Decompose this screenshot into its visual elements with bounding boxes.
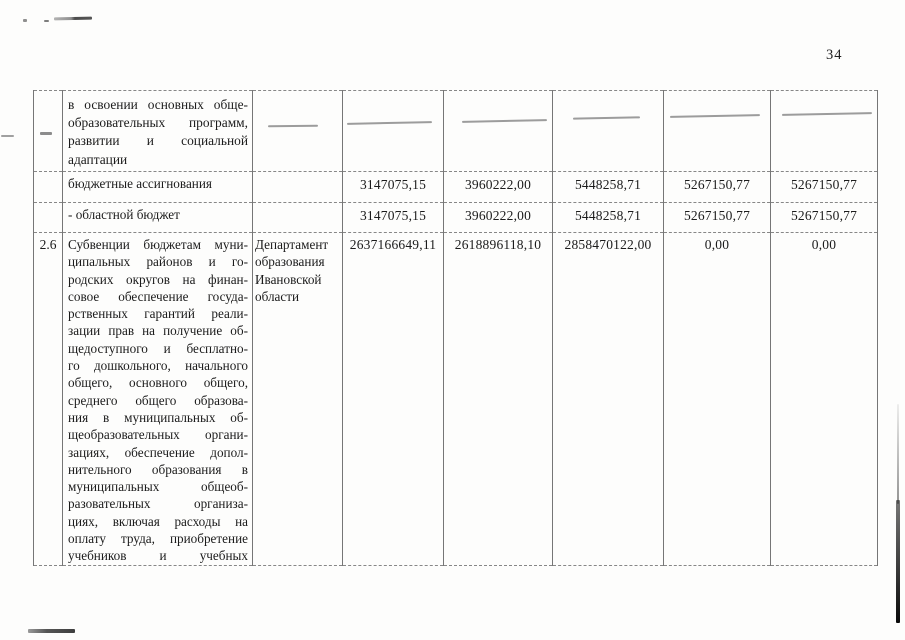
value-cell: 2637166649,11 [343, 233, 444, 566]
text-line: щеобразовательных органи- [68, 426, 248, 443]
text-line: - областной бюджет [68, 206, 248, 223]
text-line: рственных гарантий реали- [68, 305, 248, 322]
row-number-cell [34, 203, 63, 233]
table-row: 2.6 Субвенции бюджетам муни-ципальных ра… [34, 233, 878, 566]
text-line: родских округов на финан- [68, 271, 248, 288]
page-edge-streak [896, 500, 900, 623]
value-cell: 0,00 [771, 233, 878, 566]
text-line: Ивановской [255, 271, 341, 288]
text-line: в освоении основных обще- [68, 96, 248, 114]
text-line: нительного образования в [68, 461, 248, 478]
value-cell: 0,00 [664, 233, 771, 566]
value-cell: 3960222,00 [444, 203, 553, 233]
table-row: бюджетные ассигнования 3147075,15 396022… [34, 172, 878, 203]
margin-dash-mark [1, 135, 14, 137]
page-number: 34 [826, 47, 843, 64]
value-cell: 2618896118,10 [444, 233, 553, 566]
value-cell [343, 91, 444, 172]
text-line: среднего общего образова- [68, 392, 248, 409]
text-line: циях, включая расходы на [68, 513, 248, 530]
text-line: го дошкольного, начального [68, 357, 248, 374]
value-cell: 5448258,71 [553, 172, 664, 203]
value-cell: 5267150,77 [771, 203, 878, 233]
description-cell: в освоении основных обще-образовательных… [63, 91, 253, 172]
text-line: образовательных программ, [68, 114, 248, 132]
value-cell [553, 91, 664, 172]
text-line: зации прав на получение об- [68, 322, 248, 339]
scanned-document-page: 34 в освоении основных обще-образователь… [0, 0, 905, 640]
text-line: муниципальных общеоб- [68, 478, 248, 495]
text-line: щедоступного и бесплатно- [68, 340, 248, 357]
value-cell: 3147075,15 [343, 172, 444, 203]
department-cell [253, 91, 343, 172]
row-number-cell [34, 91, 63, 172]
department-cell: ДепартаментобразованияИвановскойобласти [253, 233, 343, 566]
scan-artifact-line [54, 17, 92, 21]
text-line: разовательных организа- [68, 495, 248, 512]
text-line: Субвенции бюджетам муни- [68, 236, 248, 253]
value-cell: 3147075,15 [343, 203, 444, 233]
text-line: адаптации [68, 151, 248, 169]
value-cell: 5448258,71 [553, 203, 664, 233]
description-text: Субвенции бюджетам муни-ципальных районо… [68, 236, 248, 565]
table-row: - областной бюджет 3147075,15 3960222,00… [34, 203, 878, 233]
description-text: бюджетные ассигнования [68, 175, 248, 192]
text-line: оплату труда, приобретение [68, 530, 248, 547]
text-line: совое обеспечение госуда- [68, 288, 248, 305]
bottom-scan-line [28, 629, 75, 633]
row-number-cell: 2.6 [34, 233, 63, 566]
description-text: - областной бюджет [68, 206, 248, 223]
text-line: Департамент [255, 236, 341, 253]
value-cell: 5267150,77 [664, 203, 771, 233]
text-line: бюджетные ассигнования [68, 175, 248, 192]
value-cell [664, 91, 771, 172]
text-line: зациях, обеспечение допол- [68, 444, 248, 461]
text-line: общего, основного общего, [68, 374, 248, 391]
description-text: в освоении основных обще-образовательных… [68, 96, 248, 169]
scan-artifact-dot [23, 19, 27, 22]
value-cell: 5267150,77 [771, 172, 878, 203]
page-edge-streak [897, 404, 899, 504]
text-line: развитии и социальной [68, 132, 248, 150]
text-line: области [255, 288, 341, 305]
department-text: ДепартаментобразованияИвановскойобласти [255, 236, 341, 305]
value-cell: 5267150,77 [664, 172, 771, 203]
budget-table: в освоении основных обще-образовательных… [33, 90, 878, 566]
department-cell [253, 172, 343, 203]
value-cell: 2858470122,00 [553, 233, 664, 566]
text-line: образования [255, 253, 341, 270]
row-number-cell [34, 172, 63, 203]
scan-artifact-dash [44, 20, 49, 22]
department-cell [253, 203, 343, 233]
table-row: в освоении основных обще-образовательных… [34, 91, 878, 172]
description-cell: Субвенции бюджетам муни-ципальных районо… [63, 233, 253, 566]
value-cell [444, 91, 553, 172]
value-cell [771, 91, 878, 172]
text-line: ципальных районов и го- [68, 253, 248, 270]
text-line: учебников и учебных [68, 547, 248, 564]
text-line: ния в муниципальных об- [68, 409, 248, 426]
description-cell: бюджетные ассигнования [63, 172, 253, 203]
description-cell: - областной бюджет [63, 203, 253, 233]
value-cell: 3960222,00 [444, 172, 553, 203]
